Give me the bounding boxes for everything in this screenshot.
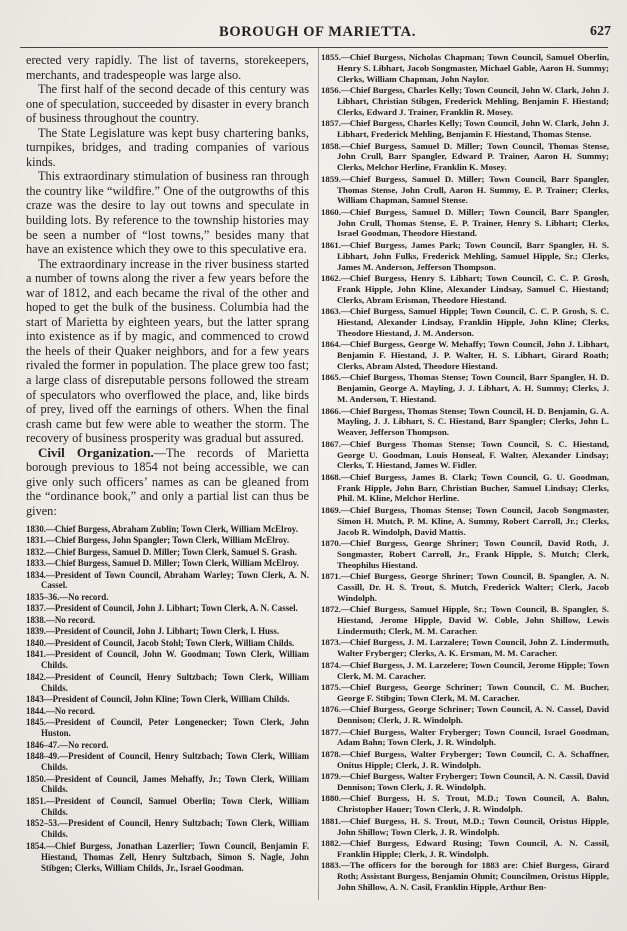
entry-text: —Chief Burgess, George W. Mehaffy; Town … [337,339,609,371]
entry-year: 1855. [321,52,341,62]
list-item: 1862.—Chief Burgess, Henry S. Libhart; T… [321,273,609,306]
list-item: 1855.—Chief Burgess, Nicholas Chapman; T… [321,52,609,85]
entry-text: —Chief Burgess, George Schriner; Town Co… [337,682,609,703]
list-item: 1856.—Chief Burgess, Charles Kelly; Town… [321,85,609,118]
entry-year: 1865. [321,372,341,382]
entry-text: —Chief Burgess, Henry S. Libhart; Town C… [337,273,609,305]
entry-text: —Chief Burgess, Charles Kelly; Town Coun… [337,85,609,117]
list-item: 1877.—Chief Burgess, Walter Fryberger; T… [321,727,609,749]
entry-year: 1846–47. [26,740,59,750]
entry-text: —Chief Burgess, Thomas Stense; Town Coun… [337,372,609,404]
entry-text: —President of Council, Jacob Stohl; Town… [46,638,294,648]
list-item: 1874.—Chief Burgess, J. M. Larzelere; To… [321,660,609,682]
entry-year: 1837. [26,603,46,613]
entry-year: 1844. [26,706,46,716]
entry-year: 1875. [321,682,341,692]
page-number: 627 [590,24,611,40]
list-item: 1835–36.—No record. [26,592,309,603]
entry-text: —Chief Burgess, Samuel D. Miller; Town C… [337,174,609,206]
entry-text: —Chief Burgess, Thomas Stense; Town Coun… [337,406,609,438]
entry-year: 1880. [321,793,341,803]
entry-text: —Chief Burgess, Samuel Hipple, Sr.; Town… [337,604,609,636]
entry-text: —Chief Burgess, Walter Fryberger; Town C… [337,727,609,748]
entry-text: —Chief Burgess, Walter Fryberger; Town C… [337,771,609,792]
list-item: 1866.—Chief Burgess, Thomas Stense; Town… [321,406,609,439]
entry-year: 1862. [321,273,341,283]
list-item: 1863.—Chief Burgess, Samuel Hipple; Town… [321,306,609,339]
entry-text: —Chief Burgess, Samuel D. Miller; Town C… [46,558,299,568]
list-item: 1851.—President of Council, Samuel Oberl… [26,796,309,818]
entry-year: 1842. [26,672,46,682]
entry-year: 1839. [26,626,46,636]
entry-year: 1867. [321,439,341,449]
list-item: 1882.—Chief Burgess, Edward Rusing; Town… [321,838,609,860]
entry-text: —The officers for the borough for 1883 a… [337,860,609,892]
list-item: 1842.—President of Council, Henry Sultzb… [26,672,309,694]
entry-year: 1882. [321,838,341,848]
entry-year: 1854. [26,841,46,851]
column-divider [318,48,319,900]
entry-year: 1850. [26,774,46,784]
entry-year: 1856. [321,85,341,95]
entry-text: —No record. [59,592,108,602]
entry-year: 1869. [321,505,341,515]
list-item: 1830.—Chief Burgess, Abraham Zublin; Tow… [26,524,309,535]
entry-text: —Chief Burgess, Edward Rusing; Town Coun… [337,838,609,859]
entry-text: —President of Council, Henry Sultzbach; … [41,672,309,693]
entry-text: —President of Council, James Mehaffy, Jr… [41,774,309,795]
entry-year: 1830. [26,524,46,534]
entry-text: —President of Council, John J. Libhart; … [46,626,279,636]
entry-text: —Chief Burgess, John Spangler; Town Cler… [46,535,289,545]
paragraph: The first half of the second decade of t… [26,82,309,126]
entry-year: 1831. [26,535,46,545]
entry-text: —Chief Burgess, J. M. Larzalere; Town Co… [337,637,609,658]
entry-text: —President of Council, John Kline; Town … [44,694,290,704]
list-item: 1844.—No record. [26,706,309,717]
running-header: BOROUGH OF MARIETTA. 627 [20,24,615,44]
list-item: 1854.—Chief Burgess, Jonathan Lazerlier;… [26,841,309,874]
entry-text: —Chief Burgess, Thomas Stense; Town Coun… [337,505,609,537]
entry-year: 1845. [26,717,46,727]
entry-year: 1883. [321,860,341,870]
entry-text: —Chief Burgess, H. S. Trout, M.D.; Town … [337,793,609,814]
entry-text: —President of Council, Henry Sultzbach; … [41,818,309,839]
entry-text: —Chief Burgess, James B. Clark; Town Cou… [337,472,609,504]
list-item: 1880.—Chief Burgess, H. S. Trout, M.D.; … [321,793,609,815]
entry-year: 1878. [321,749,341,759]
entry-text: —No record. [46,615,95,625]
list-item: 1839.—President of Council, John J. Libh… [26,626,309,637]
entry-year: 1872. [321,604,341,614]
paragraph: The State Legislature was kept busy char… [26,126,309,170]
list-item: 1860.—Chief Burgess, Samuel D. Miller; T… [321,207,609,240]
entry-text: —Chief Burgess, H. S. Trout, M.D.; Town … [337,816,609,837]
entry-year: 1866. [321,406,341,416]
list-item: 1859.—Chief Burgess, Samuel D. Miller; T… [321,174,609,207]
entry-year: 1873. [321,637,341,647]
section-heading: Civil Organization. [38,445,154,460]
list-item: 1878.—Chief Burgess, Walter Fryberger; T… [321,749,609,771]
entry-text: —Chief Burgess, Charles Kelly; Town Coun… [337,118,609,139]
paragraph: This extraordinary stimulation of busine… [26,169,309,256]
entry-text: —Chief Burgess, Walter Fryberger; Town C… [337,749,609,770]
entry-year: 1860. [321,207,341,217]
list-item: 1837.—President of Council, John J. Libh… [26,603,309,614]
list-item: 1872.—Chief Burgess, Samuel Hipple, Sr.;… [321,604,609,637]
entry-text: —President of Council, Samuel Oberlin; T… [41,796,309,817]
header-rule [20,47,608,48]
list-item: 1873.—Chief Burgess, J. M. Larzalere; To… [321,637,609,659]
entry-year: 1841. [26,649,46,659]
list-item: 1838.—No record. [26,615,309,626]
left-column: erected very rapidly. The list of tavern… [26,53,309,874]
entry-text: —Chief Burgess, Samuel D. Miller; Town C… [337,141,609,173]
entry-year: 1858. [321,141,341,151]
list-item: 1883.—The officers for the borough for 1… [321,860,609,893]
page-title: BOROUGH OF MARIETTA. [20,24,615,41]
list-item: 1850.—President of Council, James Mehaff… [26,774,309,796]
list-item: 1869.—Chief Burgess, Thomas Stense; Town… [321,505,609,538]
right-column: 1855.—Chief Burgess, Nicholas Chapman; T… [321,52,609,893]
list-item: 1848–49.—President of Council, Henry Sul… [26,751,309,773]
list-item: 1840.—President of Council, Jacob Stohl;… [26,638,309,649]
entry-text: —No record. [59,740,108,750]
entry-text: —Chief Burgess, Samuel D. Miller; Town C… [337,207,609,239]
list-item: 1832.—Chief Burgess, Samuel D. Miller; T… [26,547,309,558]
entry-text: —President of Council, John W. Goodman; … [41,649,309,670]
list-item: 1867.—Chief Burgess Thomas Stense; Town … [321,439,609,472]
list-item: 1857.—Chief Burgess, Charles Kelly; Town… [321,118,609,140]
entry-year: 1876. [321,704,341,714]
officer-list-left: 1830.—Chief Burgess, Abraham Zublin; Tow… [26,524,309,874]
entry-year: 1871. [321,571,341,581]
list-item: 1846–47.—No record. [26,740,309,751]
list-item: 1834.—President of Town Council, Abraham… [26,570,309,592]
entry-text: —President of Council, Peter Longenecker… [41,717,309,738]
entry-text: —Chief Burgess, Abraham Zublin; Town Cle… [46,524,298,534]
entry-year: 1840. [26,638,46,648]
officer-list-right: 1855.—Chief Burgess, Nicholas Chapman; T… [321,52,609,893]
entry-text: —President of Council, John J. Libhart; … [46,603,298,613]
entry-text: —President of Council, Henry Sultzbach; … [41,751,309,772]
book-page: BOROUGH OF MARIETTA. 627 erected very ra… [0,0,627,931]
entry-text: —Chief Burgess, George Shriner; Town Cou… [337,538,609,570]
list-item: 1852–53.—President of Council, Henry Sul… [26,818,309,840]
entry-year: 1861. [321,240,341,250]
list-item: 1833.—Chief Burgess, Samuel D. Miller; T… [26,558,309,569]
entry-year: 1870. [321,538,341,548]
entry-text: —Chief Burgess, Samuel Hipple; Town Coun… [337,306,609,338]
entry-text: —Chief Burgess, J. M. Larzelere; Town Co… [337,660,609,681]
list-item: 1864.—Chief Burgess, George W. Mehaffy; … [321,339,609,372]
entry-year: 1879. [321,771,341,781]
list-item: 1845.—President of Council, Peter Longen… [26,717,309,739]
entry-text: —President of Town Council, Abraham Warl… [41,570,309,591]
list-item: 1879.—Chief Burgess, Walter Fryberger; T… [321,771,609,793]
entry-year: 1851. [26,796,46,806]
paragraph: The extraordinary increase in the river … [26,257,309,446]
entry-year: 1833. [26,558,46,568]
entry-year: 1835–36. [26,592,59,602]
entry-year: 1877. [321,727,341,737]
list-item: 1843—President of Council, John Kline; T… [26,694,309,705]
list-item: 1881.—Chief Burgess, H. S. Trout, M.D.; … [321,816,609,838]
entry-year: 1848–49. [26,751,59,761]
entry-year: 1834. [26,570,46,580]
list-item: 1876.—Chief Burgess, George Schriner; To… [321,704,609,726]
list-item: 1841.—President of Council, John W. Good… [26,649,309,671]
list-item: 1875.—Chief Burgess, George Schriner; To… [321,682,609,704]
entry-year: 1864. [321,339,341,349]
list-item: 1858.—Chief Burgess, Samuel D. Miller; T… [321,141,609,174]
paragraph: erected very rapidly. The list of tavern… [26,53,309,82]
entry-year: 1857. [321,118,341,128]
entry-text: —Chief Burgess, Samuel D. Miller; Town C… [46,547,297,557]
entry-year: 1832. [26,547,46,557]
entry-year: 1859. [321,174,341,184]
entry-text: —Chief Burgess, Nicholas Chapman; Town C… [337,52,609,84]
entry-year: 1868. [321,472,341,482]
entry-text: —Chief Burgess, George Schriner; Town Co… [337,704,609,725]
entry-text: —Chief Burgess, James Park; Town Council… [337,240,609,272]
section-paragraph: Civil Organization.—The records of Marie… [26,446,309,519]
list-item: 1870.—Chief Burgess, George Shriner; Tow… [321,538,609,571]
list-item: 1868.—Chief Burgess, James B. Clark; Tow… [321,472,609,505]
list-item: 1861.—Chief Burgess, James Park; Town Co… [321,240,609,273]
list-item: 1871.—Chief Burgess, George Shriner; Tow… [321,571,609,604]
entry-year: 1863. [321,306,341,316]
list-item: 1865.—Chief Burgess, Thomas Stense; Town… [321,372,609,405]
entry-year: 1838. [26,615,46,625]
entry-text: —Chief Burgess, George Shriner; Town Cou… [337,571,609,603]
list-item: 1831.—Chief Burgess, John Spangler; Town… [26,535,309,546]
entry-year: 1852–53. [26,818,59,828]
entry-text: —No record. [46,706,95,716]
entry-year: 1843 [26,694,44,704]
entry-text: —Chief Burgess, Jonathan Lazerlier; Town… [41,841,309,873]
entry-text: —Chief Burgess Thomas Stense; Town Counc… [337,439,609,471]
entry-year: 1881. [321,816,341,826]
entry-year: 1874. [321,660,341,670]
